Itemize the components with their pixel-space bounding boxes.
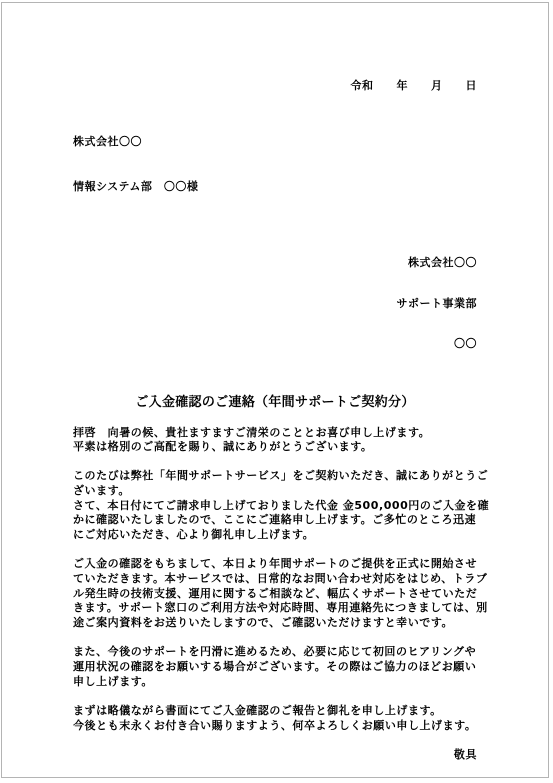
paragraph-payment-confirmation: このたびは弊社「年間サポートサービス」をご契約いただき、誠にありがとうご ざいま…	[73, 469, 477, 542]
body-line: また、今後のサポートを円滑に進めるため、必要に応じて初回のヒアリングや	[73, 645, 477, 660]
body-line: ざいます。	[73, 484, 477, 499]
body-line: 申し上げます。	[73, 675, 477, 690]
recipient-company: 株式会社〇〇	[73, 134, 477, 149]
body-line: にご対応いただき、心より御礼申し上げます。	[73, 528, 477, 543]
body-line: かに確認いたしましたので、ここにご連絡申し上げます。ご多忙のところ迅速	[73, 513, 477, 528]
body-line: 途ご案内資料をお送りいたしますので、ご確認いただけますと幸いです。	[73, 616, 477, 631]
letter-body: 拝啓 向暑の候、貴社ますますご清栄のこととお喜び申し上げます。 平素は格別のご高…	[73, 426, 477, 763]
body-line: 平素は格別のご高配を賜り、誠にありがとうございます。	[73, 440, 477, 455]
sender-block: 株式会社〇〇 サポート事業部 〇〇	[73, 229, 477, 378]
letter-page: 令和 年 月 日 株式会社〇〇 情報システム部 〇〇様 株式会社〇〇 サポート事…	[1, 2, 549, 778]
sender-department: サポート事業部	[73, 297, 477, 311]
letter-title: ご入金確認のご連絡（年間サポートご契約分）	[73, 395, 477, 411]
paragraph-future-cooperation: また、今後のサポートを円滑に進めるため、必要に応じて初回のヒアリングや 運用状況…	[73, 645, 477, 689]
paragraph-greeting: 拝啓 向暑の候、貴社ますますご清栄のこととお喜び申し上げます。 平素は格別のご高…	[73, 426, 477, 455]
sign-off: 敬具	[73, 748, 477, 763]
body-line: ご入金の確認をもちまして、本日より年間サポートのご提供を正式に開始させ	[73, 557, 477, 572]
body-line: ていただきます。本サービスでは、日常的なお問い合わせ対応をはじめ、トラブ	[73, 572, 477, 587]
body-line: きます。サポート窓口のご利用方法や対応時間、専用連絡先につきましては、別	[73, 601, 477, 616]
body-line: 運用状況の確認をお願いする場合がございます。その際はご協力のほどお願い	[73, 660, 477, 675]
body-line: さて、本日付にてご請求申し上げておりました代金 金500,000円のご入金を確	[73, 499, 477, 514]
body-line: 今後とも末永くお付き合い賜りますよう、何卒よろしくお願い申し上げます。	[73, 719, 477, 734]
sender-name: 〇〇	[73, 337, 477, 351]
recipient-block: 株式会社〇〇 情報システム部 〇〇様	[73, 104, 477, 224]
body-line: このたびは弊社「年間サポートサービス」をご契約いただき、誠にありがとうご	[73, 469, 477, 484]
body-line: ル発生時の技術支援、運用に関するご相談など、幅広くサポートさせていただ	[73, 587, 477, 602]
body-line: 拝啓 向暑の候、貴社ますますご清栄のこととお喜び申し上げます。	[73, 426, 477, 441]
sender-company: 株式会社〇〇	[73, 256, 477, 270]
date-line: 令和 年 月 日	[73, 78, 477, 93]
paragraph-service-start: ご入金の確認をもちまして、本日より年間サポートのご提供を正式に開始させ ていただ…	[73, 557, 477, 630]
body-line: まずは略儀ながら書面にてご入金確認のご報告と御礼を申し上げます。	[73, 704, 477, 719]
paragraph-closing: まずは略儀ながら書面にてご入金確認のご報告と御礼を申し上げます。 今後とも末永く…	[73, 704, 477, 733]
recipient-addressee: 情報システム部 〇〇様	[73, 179, 477, 194]
